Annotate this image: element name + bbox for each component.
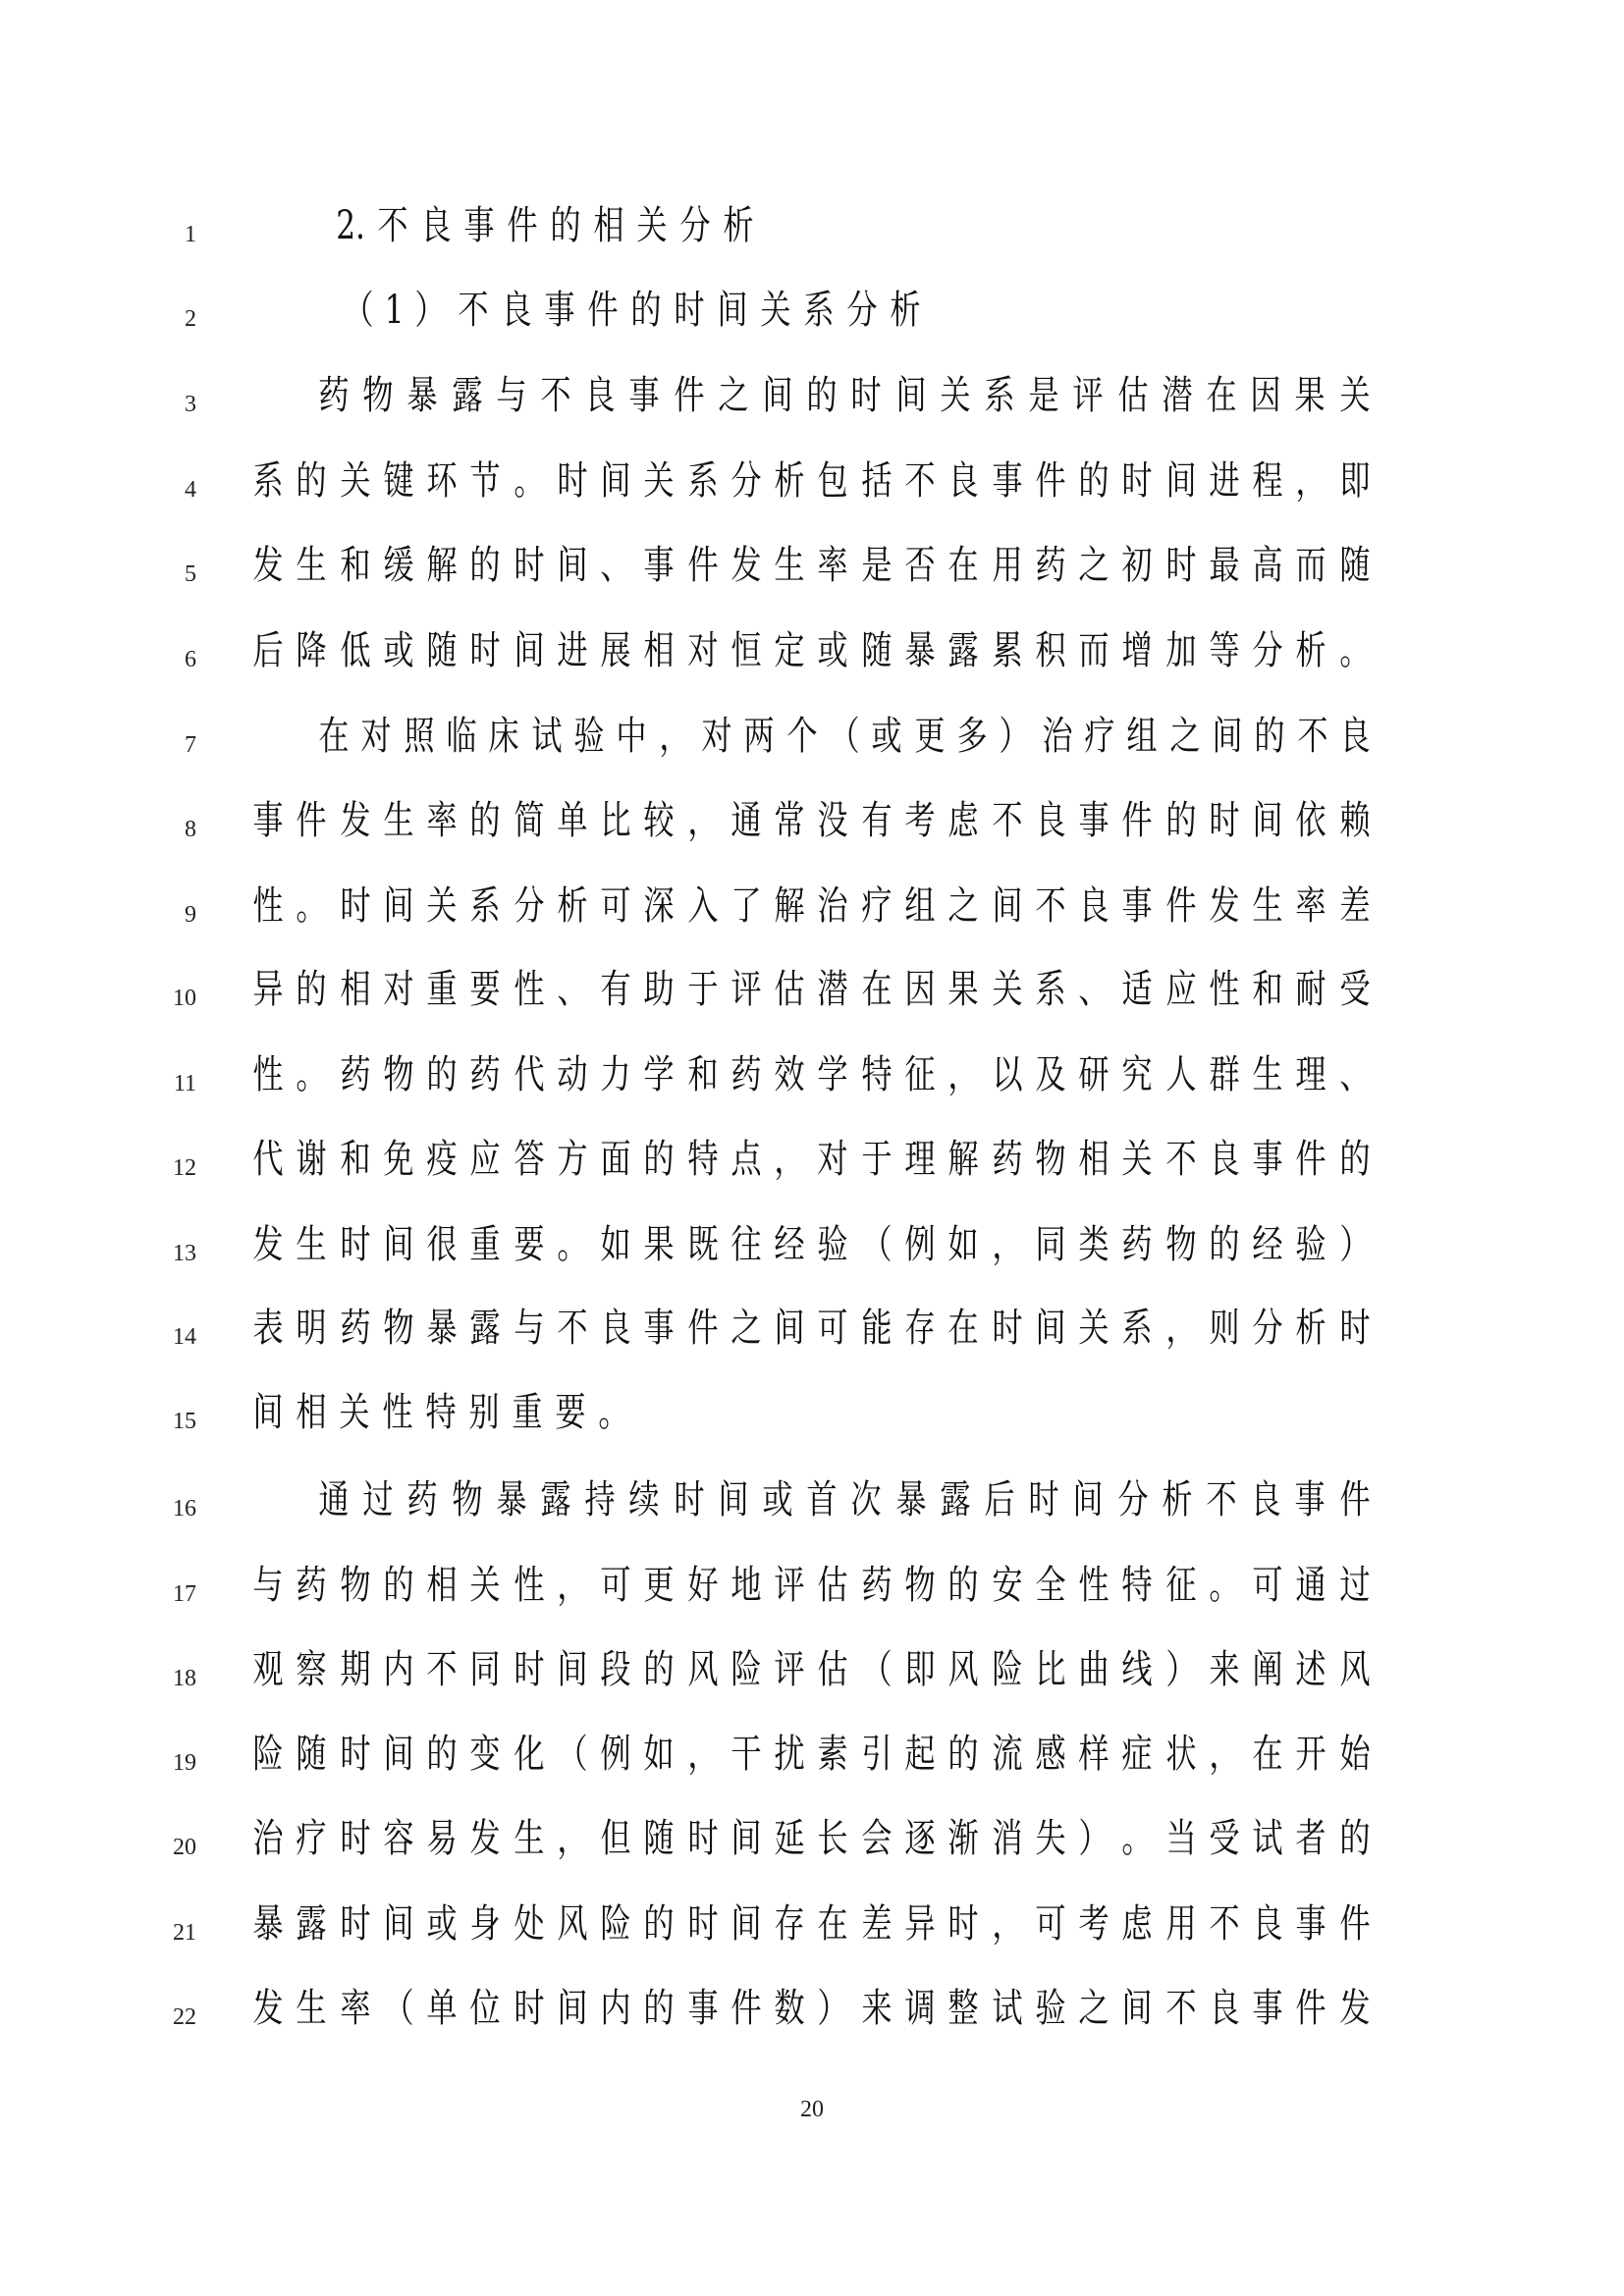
line-number: 20 (147, 1836, 196, 1859)
document-line: 7在对照临床试验中，对两个（或更多）治疗组之间的不良 (0, 702, 1624, 761)
line-number: 4 (147, 478, 196, 502)
body-text-line: 观察期内不同时间段的风险评估（即风险比曲线）来阐述风 (248, 1641, 1375, 1694)
document-line: 21暴露时间或身处风险的时间存在差异时，可考虑用不良事件 (0, 1890, 1624, 1949)
line-number: 10 (147, 987, 196, 1010)
body-text-line: 发生时间很重要。如果既往经验（例如，同类药物的经验） (248, 1216, 1375, 1269)
body-text-line: 异的相对重要性、有助于评估潜在因果关系、适应性和耐受 (248, 961, 1375, 1014)
body-text-line: 通过药物暴露持续时间或首次暴露后时间分析不良事件 (314, 1471, 1375, 1524)
document-line: 20治疗时容易发生，但随时间延长会逐渐消失）。当受试者的 (0, 1804, 1624, 1863)
line-number: 15 (147, 1410, 196, 1433)
line-number: 22 (147, 2005, 196, 2029)
body-text-line: 系的关键环节。时间关系分析包括不良事件的时间进程，即 (248, 453, 1375, 506)
body-text-line: 性。时间关系分析可深入了解治疗组之间不良事件发生率差 (248, 878, 1375, 931)
line-number: 7 (147, 733, 196, 757)
section-heading: 2.不良事件的相关分析 (332, 197, 762, 250)
body-text-line: 药物暴露与不良事件之间的时间关系是评估潜在因果关 (314, 367, 1375, 420)
line-number: 17 (147, 1582, 196, 1606)
line-number: 11 (147, 1072, 196, 1095)
body-text-line: 发生率（单位时间内的事件数）来调整试验之间不良事件发 (248, 1980, 1375, 2033)
line-number: 5 (147, 562, 196, 586)
body-text-line: 间相关性特别重要。 (248, 1384, 637, 1437)
line-number: 1 (147, 223, 196, 246)
document-line: 17与药物的相关性，可更好地评估药物的安全性特征。可通过 (0, 1551, 1624, 1610)
body-text-line: 在对照临床试验中，对两个（或更多）治疗组之间的不良 (314, 708, 1375, 761)
line-number: 6 (147, 648, 196, 671)
document-line: 10异的相对重要性、有助于评估潜在因果关系、适应性和耐受 (0, 955, 1624, 1014)
line-number: 16 (147, 1497, 196, 1521)
line-number: 2 (147, 307, 196, 331)
document-line: 16通过药物暴露持续时间或首次暴露后时间分析不良事件 (0, 1466, 1624, 1524)
line-number: 12 (147, 1156, 196, 1180)
section-heading: （1）不良事件的时间关系分析 (339, 282, 929, 335)
document-line: 11性。药物的药代动力学和药效学特征，以及研究人群生理、 (0, 1041, 1624, 1099)
document-line: 14表明药物暴露与不良事件之间可能存在时间关系，则分析时 (0, 1294, 1624, 1353)
line-number: 18 (147, 1667, 196, 1690)
body-text-line: 与药物的相关性，可更好地评估药物的安全性特征。可通过 (248, 1557, 1375, 1610)
line-number: 13 (147, 1242, 196, 1265)
body-text-line: 后降低或随时间进展相对恒定或随暴露累积而增加等分析。 (248, 622, 1375, 675)
body-text-line: 发生和缓解的时间、事件发生率是否在用药之初时最高而随 (248, 537, 1375, 590)
body-text-line: 表明药物暴露与不良事件之间可能存在时间关系，则分析时 (248, 1300, 1375, 1353)
document-line: 18观察期内不同时间段的风险评估（即风险比曲线）来阐述风 (0, 1635, 1624, 1694)
document-line: 6后降低或随时间进展相对恒定或随暴露累积而增加等分析。 (0, 616, 1624, 675)
document-page: 12.不良事件的相关分析2（1）不良事件的时间关系分析3药物暴露与不良事件之间的… (0, 0, 1624, 2296)
body-text-line: 事件发生率的简单比较，通常没有考虑不良事件的时间依赖 (248, 792, 1375, 845)
page-number: 20 (0, 2097, 1624, 2122)
line-number: 3 (147, 393, 196, 416)
document-line: 2（1）不良事件的时间关系分析 (0, 276, 1624, 335)
line-number: 9 (147, 903, 196, 927)
document-line: 12.不良事件的相关分析 (0, 191, 1624, 250)
document-line: 5发生和缓解的时间、事件发生率是否在用药之初时最高而随 (0, 531, 1624, 590)
body-text-line: 代谢和免疫应答方面的特点，对于理解药物相关不良事件的 (248, 1131, 1375, 1184)
body-text-line: 险随时间的变化（例如，干扰素引起的流感样症状，在开始 (248, 1726, 1375, 1779)
document-line: 9性。时间关系分析可深入了解治疗组之间不良事件发生率差 (0, 872, 1624, 931)
body-text-line: 性。药物的药代动力学和药效学特征，以及研究人群生理、 (248, 1046, 1375, 1099)
body-text-line: 暴露时间或身处风险的时间存在差异时，可考虑用不良事件 (248, 1896, 1375, 1949)
document-line: 13发生时间很重要。如果既往经验（例如，同类药物的经验） (0, 1210, 1624, 1269)
document-line: 22发生率（单位时间内的事件数）来调整试验之间不良事件发 (0, 1974, 1624, 2033)
document-line: 15间相关性特别重要。 (0, 1378, 1624, 1437)
line-number: 8 (147, 818, 196, 841)
document-line: 3药物暴露与不良事件之间的时间关系是评估潜在因果关 (0, 361, 1624, 420)
line-number: 19 (147, 1751, 196, 1775)
document-line: 12代谢和免疫应答方面的特点，对于理解药物相关不良事件的 (0, 1125, 1624, 1184)
line-number: 14 (147, 1325, 196, 1349)
document-line: 19险随时间的变化（例如，干扰素引起的流感样症状，在开始 (0, 1720, 1624, 1779)
body-text-line: 治疗时容易发生，但随时间延长会逐渐消失）。当受试者的 (248, 1810, 1375, 1863)
document-line: 4系的关键环节。时间关系分析包括不良事件的时间进程，即 (0, 447, 1624, 506)
document-line: 8事件发生率的简单比较，通常没有考虑不良事件的时间依赖 (0, 786, 1624, 845)
line-number: 21 (147, 1921, 196, 1945)
